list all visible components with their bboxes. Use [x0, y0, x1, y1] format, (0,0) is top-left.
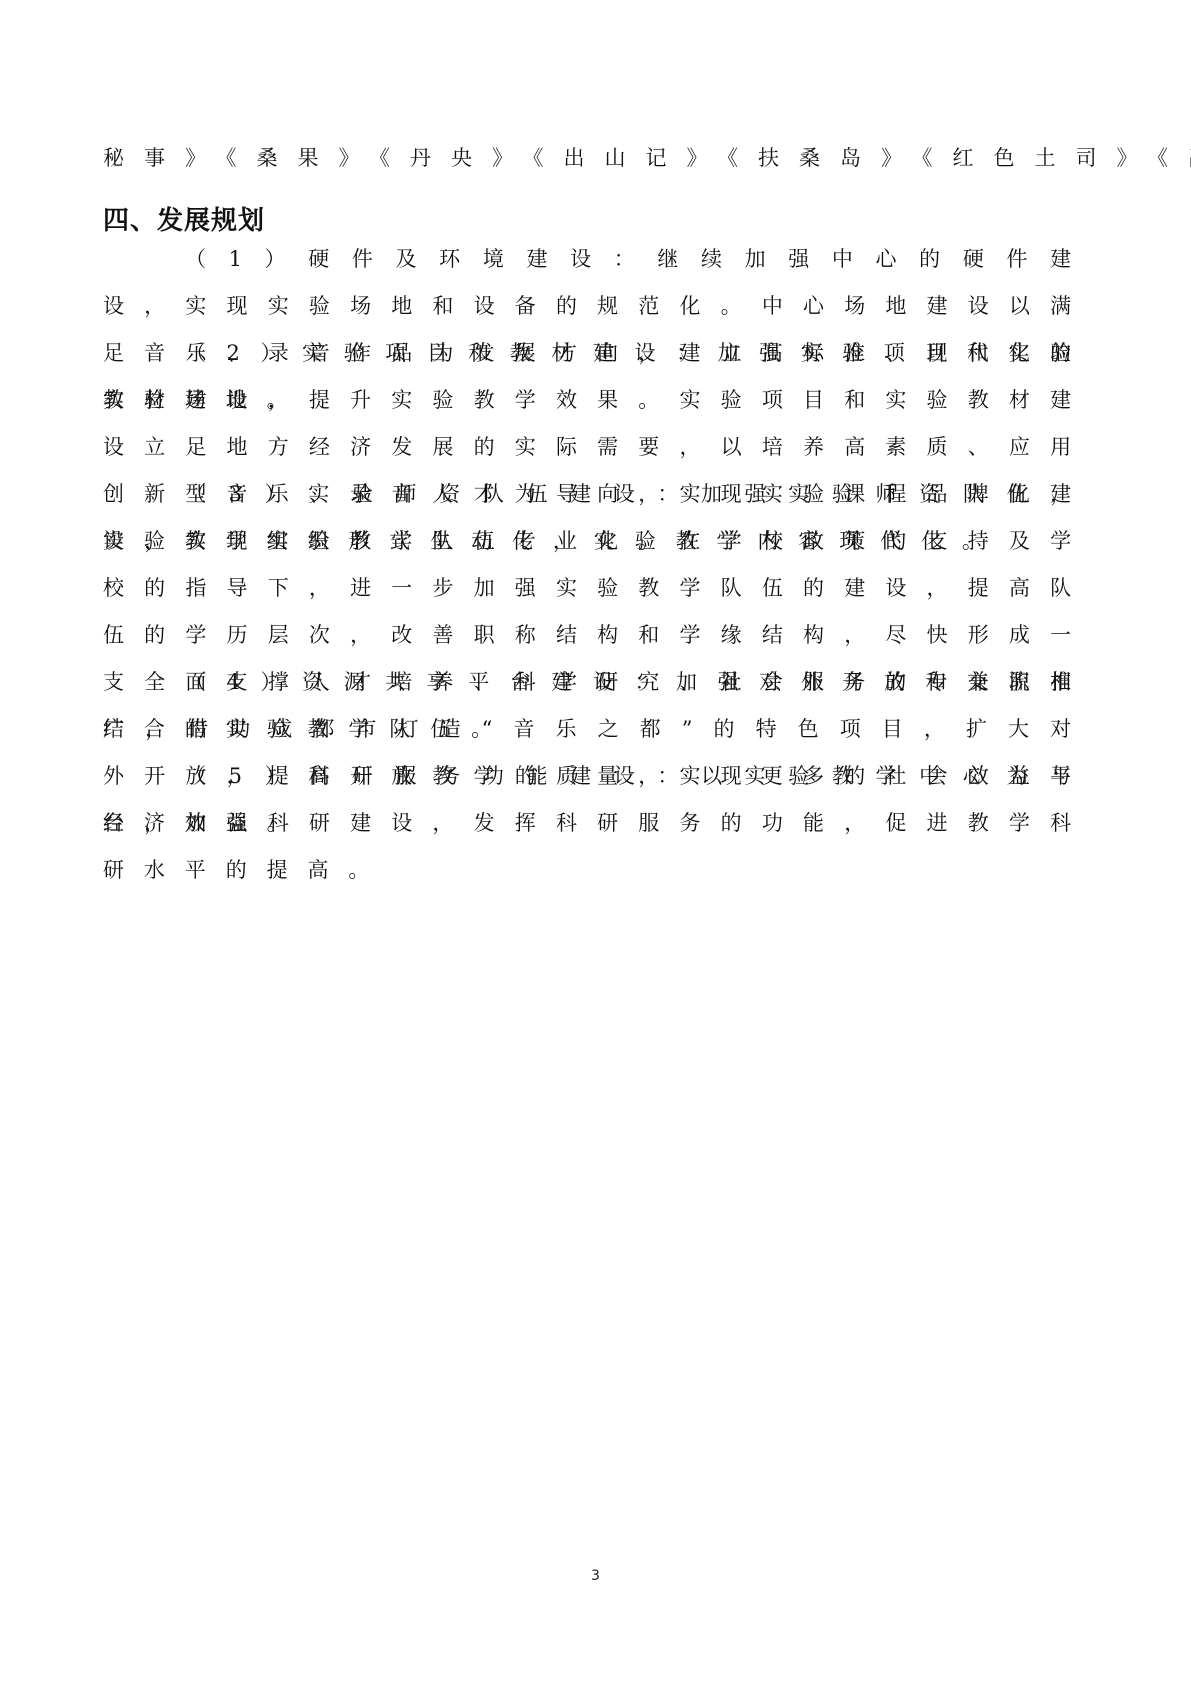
continuation-text: 秘事》《桑果》《丹央》《出山记》《扶桑岛》《红色土司》《禹城秘事》等。: [103, 148, 1191, 169]
paragraph-research-service: （5）科研服务功能建设：以实验教学中心为平台，加强科研建设，发挥科研服务的功能，…: [103, 753, 1091, 894]
page-number: 3: [0, 1568, 1191, 1584]
section-heading: 四、发展规划: [103, 208, 265, 234]
